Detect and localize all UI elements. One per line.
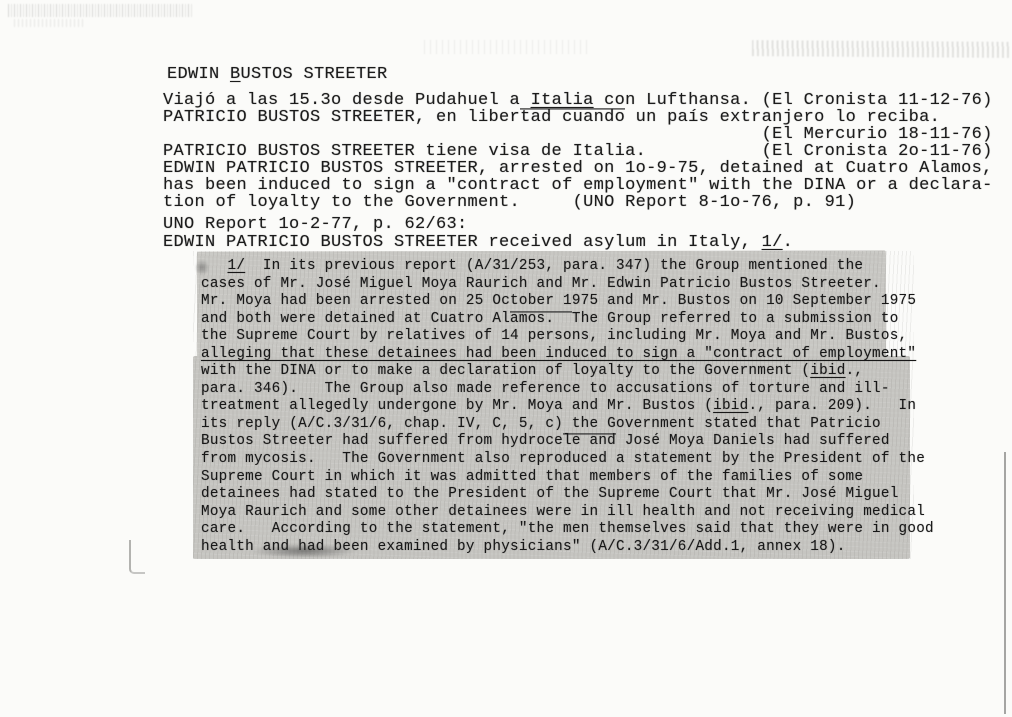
text-segment: from mycosis. The Government also reprod… <box>201 451 925 467</box>
text-line: (El Mercurio 18-11-76) <box>163 126 993 143</box>
underlined-text: B <box>230 65 241 84</box>
text-line: from mycosis. The Government also reprod… <box>201 451 934 469</box>
ink-blot-footnote-bottom <box>252 544 356 558</box>
text-segment: ., para. 209). In <box>748 398 916 414</box>
text-line: cases of Mr. José Miguel Moya Raurich an… <box>201 276 934 294</box>
text-segment: Bustos Streeter had suffered from hydroc… <box>201 433 563 449</box>
underlined-text: 1/ <box>228 258 246 274</box>
text-segment: In its previous report (A/31/253, para. … <box>245 258 863 274</box>
scanned-document-page: EDWIN BUSTOS STREETER Viajó a las 15.3o … <box>0 0 1012 717</box>
text-segment: EDWIN <box>167 65 230 84</box>
text-segment: José Moya Daniels had suffered <box>616 433 890 449</box>
page-corner-mark <box>129 540 145 574</box>
text-line: care. According to the statement, "the m… <box>201 521 934 539</box>
text-line: para. 346). The Group also made referenc… <box>201 381 934 399</box>
text-segment: and both were detained at Cuatro Al <box>201 311 510 327</box>
text-line: detainees had stated to the President of… <box>201 486 934 504</box>
text-line: UNO Report 1o-2-77, p. 62/63: <box>163 216 993 233</box>
text-segment: tion of loyalty to the Government. (UNO … <box>163 193 856 212</box>
text-segment: . <box>783 233 794 252</box>
text-segment: ., <box>846 363 864 379</box>
text-segment: with the DINA or to make a declaration o… <box>201 363 810 379</box>
text-line: EDWIN BUSTOS STREETER <box>167 66 388 83</box>
page-edge-line <box>1004 452 1006 714</box>
text-segment: para. 346). The Group also made referenc… <box>201 381 890 397</box>
text-line: PATRICIO BUSTOS STREETER tiene visa de I… <box>163 143 993 160</box>
document-heading: EDWIN BUSTOS STREETER <box>167 66 388 83</box>
underlined-text: alleging that these detainees had been i… <box>201 346 916 362</box>
underlined-text: ibid <box>810 363 845 379</box>
text-line: alleging that these detainees had been i… <box>201 346 934 364</box>
ink-blot-footnote-start <box>195 260 209 275</box>
text-line: its reply (A/C.3/31/6, chap. IV, C, 5, c… <box>201 416 934 434</box>
text-line: Viajó a las 15.3o desde Pudahuel a Itali… <box>163 92 993 109</box>
underlined-text: 1/ <box>762 233 783 252</box>
text-segment: Moya Raurich and some other detainees we… <box>201 504 925 520</box>
text-line: PATRICIO BUSTOS STREETER, en libertad cu… <box>163 109 993 126</box>
scan-smudge-top-left <box>8 4 194 17</box>
text-line: EDWIN PATRICIO BUSTOS STREETER received … <box>163 234 993 251</box>
text-line: with the DINA or to make a declaration o… <box>201 363 934 381</box>
text-segment: USTOS STREETER <box>241 65 388 84</box>
document-body: Viajó a las 15.3o desde Pudahuel a Itali… <box>163 92 993 251</box>
text-line: 1/ In its previous report (A/31/253, par… <box>201 258 934 276</box>
text-segment: The Group referred to a submission to <box>572 311 899 327</box>
text-line: tion of loyalty to the Government. (UNO … <box>163 194 993 211</box>
text-segment: UNO Report 1o-2-77, p. 62/63: <box>163 215 468 234</box>
text-segment: EDWIN PATRICIO BUSTOS STREETER received … <box>163 233 762 252</box>
text-line: treatment allegedly undergone by Mr. Moy… <box>201 398 934 416</box>
text-segment: cases of Mr. José Miguel Moya Raurich an… <box>201 276 881 292</box>
text-segment: its reply (A/C.3/31/6, chap. IV, C, 5, c… <box>201 416 881 432</box>
text-line: Mr. Moya had been arrested on 25 October… <box>201 293 934 311</box>
text-line: and both were detained at Cuatro Alamos.… <box>201 311 934 329</box>
scan-smudge-top-left-2 <box>14 19 86 27</box>
text-segment: amos. <box>510 311 572 327</box>
text-line: Moya Raurich and some other detainees we… <box>201 504 934 522</box>
text-line: has been induced to sign a "contract of … <box>163 177 993 194</box>
text-line: the Supreme Court by relatives of 14 per… <box>201 328 934 346</box>
scan-dust-center-top <box>424 40 592 54</box>
text-segment: treatment allegedly undergone by Mr. Moy… <box>201 398 713 414</box>
text-line: Supreme Court in which it was admitted t… <box>201 469 934 487</box>
text-segment: care. According to the statement, "the m… <box>201 521 934 537</box>
text-segment: detainees had stated to the President of… <box>201 486 899 502</box>
text-line: EDWIN PATRICIO BUSTOS STREETER, arrested… <box>163 160 993 177</box>
text-segment: Supreme Court in which it was admitted t… <box>201 469 863 485</box>
footnote-block: 1/ In its previous report (A/31/253, par… <box>201 258 934 556</box>
text-segment: Mr. Moya had been arrested on 25 October… <box>201 293 916 309</box>
text-segment: the Supreme Court by relatives of 14 per… <box>201 328 907 344</box>
scan-smudge-top-right <box>752 40 1010 58</box>
text-line: Bustos Streeter had suffered from hydroc… <box>201 433 934 451</box>
underlined-text: ibid <box>713 398 748 414</box>
text-segment: le and <box>563 433 616 449</box>
